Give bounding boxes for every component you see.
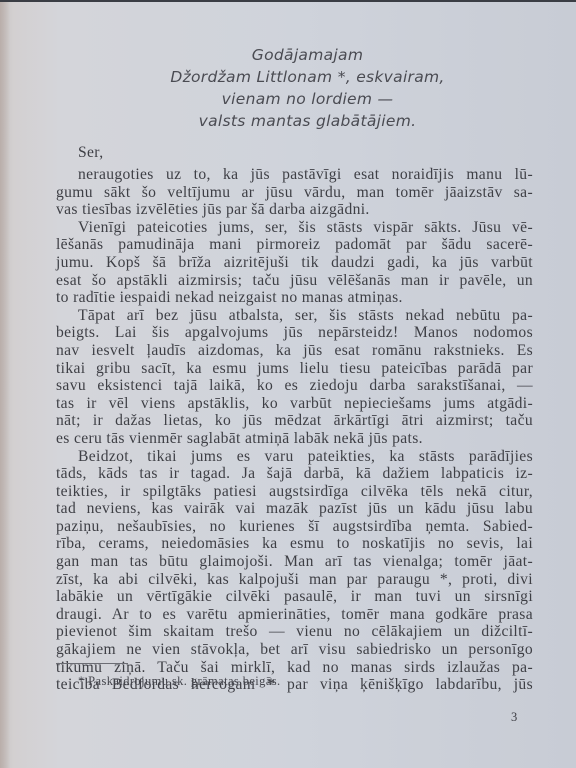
letter-lines: neraugoties uz to, ka jūs pastāvīgi esat… xyxy=(56,166,533,694)
text-line: Vienīgi pateicoties jums, ser, šis stāst… xyxy=(56,219,533,237)
dedication-line: valsts mantas glabātājiem. xyxy=(140,110,475,132)
dedication-block: Godājamajam Džordžam Littlonam *, eskvai… xyxy=(140,44,475,132)
text-line: zīst, ka abi cilvēki, kas kalpojuši man … xyxy=(56,571,533,589)
text-line: neraugoties uz to, ka jūs pastāvīgi esat… xyxy=(56,166,533,184)
text-line: gan man tas būtu glaimojoši. Man arī tas… xyxy=(56,553,533,571)
letter-body: Ser, neraugoties uz to, ka jūs pastāvīgi… xyxy=(56,144,533,694)
text-line: to radītie iespaidi nekad neizgaist no m… xyxy=(56,289,533,307)
book-page: Godājamajam Džordžam Littlonam *, eskvai… xyxy=(0,2,576,768)
dedication-line: Džordžam Littlonam *, eskvairam, xyxy=(140,66,475,88)
text-line: lēšanās pamudināja mani pirmoreiz padomā… xyxy=(56,236,533,254)
text-line: rība, cerams, neiedomāsies ka esmu to no… xyxy=(56,535,533,553)
text-line: savu eksistenci tajā laikā, ko es ziedoj… xyxy=(56,377,533,395)
text-line: vas tiesības izvēlēties jūs par šā darba… xyxy=(56,201,533,219)
text-line: esat šo apstākli aizmirsis; taču jūsu vē… xyxy=(56,272,533,290)
text-line: teikties, ir spilgtāks patiesi augstsird… xyxy=(56,483,533,501)
text-line: pievienot šim skaitam trešo — vienu no c… xyxy=(56,623,533,641)
dedication-line: vienam no lordiem — xyxy=(140,88,475,110)
text-line: paziņu, nešaubīsies, no kurienes šī augs… xyxy=(56,518,533,536)
text-line: Tāpat arī bez jūsu atbalsta, ser, šis st… xyxy=(56,307,533,325)
text-line: tāds, kāds tas ir tagad. Ja šajā darbā, … xyxy=(56,465,533,483)
page-number: 3 xyxy=(511,710,517,725)
text-line: nav iesvelt ļaudīs aizdomas, ka jūs esat… xyxy=(56,342,533,360)
text-line: nāt; ir dažas lietas, ko jūs mēdzat ārkā… xyxy=(56,412,533,430)
footnote: * Paskaidrojumu sk. grāmatas beigās. xyxy=(78,674,281,689)
footnote-divider xyxy=(56,663,128,664)
text-line: gumu sākt šo veltījumu ar jūsu vārdu, ma… xyxy=(56,184,533,202)
salutation: Ser, xyxy=(56,144,533,166)
text-line: Beidzot, tikai jums es varu pateikties, … xyxy=(56,448,533,466)
text-line: es ceru tās vienmēr saglabāt atmiņā labā… xyxy=(56,430,533,448)
text-line: labākie un vērtīgākie cilvēki pasaulē, i… xyxy=(56,588,533,606)
text-line: jumu. Kopš šā brīža aizritējuši tik daud… xyxy=(56,254,533,272)
dedication-line: Godājamajam xyxy=(140,44,475,66)
text-line: tikai gribu sacīt, ka esmu jums lielu ti… xyxy=(56,360,533,378)
text-line: gākajiem ne vien stāvokļa, bet arī visu … xyxy=(56,641,533,659)
text-line: beigts. Lai šis apgalvojums jūs nepārste… xyxy=(56,324,533,342)
text-line: tas ir vēl viens apstāklis, ko varbūt ne… xyxy=(56,395,533,413)
text-line: draugi. Ar to es varētu apmierināties, t… xyxy=(56,606,533,624)
text-line: tad neviens, kas vairāk vai mazāk pazīst… xyxy=(56,500,533,518)
